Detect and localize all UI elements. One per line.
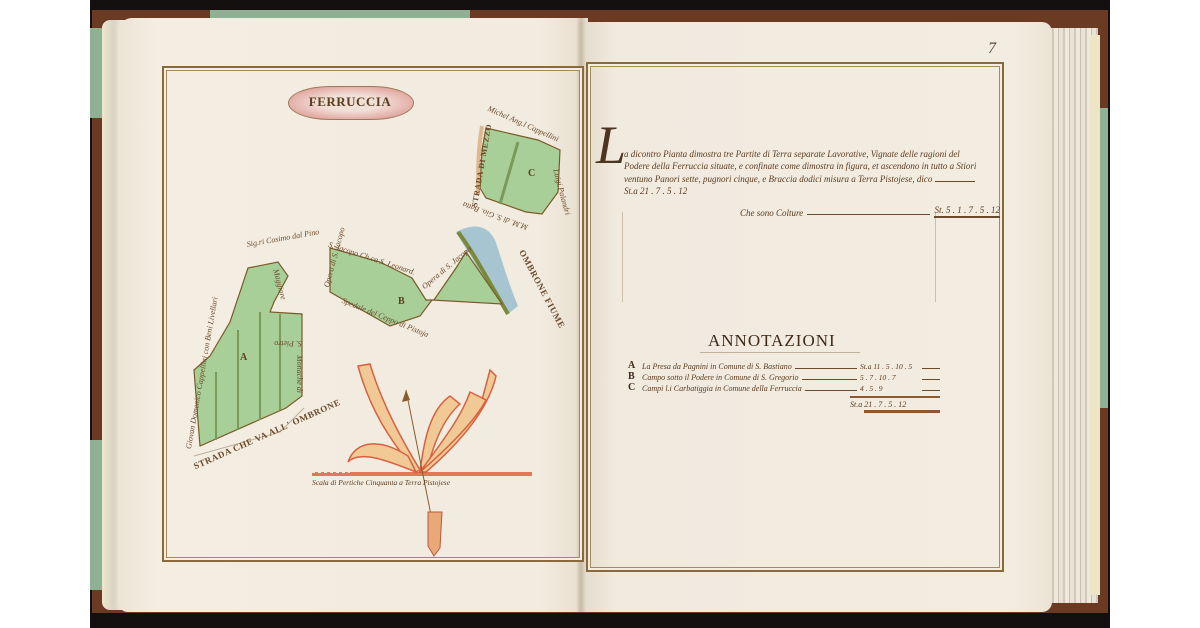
leader-line: [805, 390, 857, 391]
annotations-total: St.a 21 . 7 . 5 . 12: [850, 396, 940, 409]
label-monache-di: Monache di: [295, 355, 304, 393]
annotation-description: La Presa da Pagnini in Comune di S. Bast…: [642, 362, 792, 371]
leader-line: [802, 379, 857, 380]
description-text: a dicontro Pianta dimostra tre Partite d…: [624, 149, 976, 184]
total-double-rule: [864, 410, 940, 413]
estate-map: [90, 0, 1110, 628]
annotation-value: 4 . 5 . 9: [860, 384, 922, 393]
colture-total: St. 5 . 1 . 7 . 5 . 12: [934, 205, 1000, 218]
title-cartouche: FERRUCCIA: [280, 78, 420, 126]
description-total: St.a 21 . 7 . 5 . 12: [624, 186, 687, 196]
annotations-list: A La Presa da Pagnini in Comune di S. Ba…: [628, 360, 940, 393]
leader-line: [807, 214, 930, 215]
parcel-letter-a: A: [240, 352, 247, 363]
annotation-value: St.a 11 . 5 . 10 . 5: [860, 362, 922, 371]
annotation-row: C Campi l.i Carbatiggia in Comune della …: [628, 382, 940, 393]
heading-rule: [700, 352, 860, 353]
annotation-value: 5 . 7 . 10 . 7: [860, 373, 922, 382]
leader-line: [795, 368, 857, 369]
parcel-letter-c: C: [528, 168, 535, 179]
dropcap-initial: L: [596, 118, 626, 172]
description-paragraph: a dicontro Pianta dimostra tre Partite d…: [624, 148, 984, 197]
parcel-letter-b: B: [398, 296, 405, 307]
map-title: FERRUCCIA: [280, 94, 420, 110]
colture-label: Che sono Colture: [740, 208, 803, 218]
annotation-description: Campi l.i Carbatiggia in Comune della Fe…: [642, 384, 802, 393]
row-end-rule: [922, 379, 940, 380]
label-s-pietro: S. Pietro: [274, 339, 302, 348]
book-scan: 7 FERRUCCIA: [90, 0, 1110, 628]
annotation-description: Campo sotto il Podere in Comune di S. Gr…: [642, 373, 799, 382]
annotations-heading: ANNOTAZIONI: [708, 331, 836, 351]
parcel-c: [480, 128, 560, 214]
ruled-area: [622, 212, 936, 302]
compass-arrow-feather: [428, 512, 442, 556]
compass-rose-ribbon: [348, 364, 496, 472]
colture-total-line: Che sono Colture St. 5 . 1 . 7 . 5 . 12: [740, 205, 1000, 218]
annotation-row: B Campo sotto il Podere in Comune di S. …: [628, 371, 940, 382]
row-end-rule: [922, 368, 940, 369]
annotation-letter: C: [628, 382, 642, 393]
annotation-letter: A: [628, 360, 642, 371]
annotation-letter: B: [628, 371, 642, 382]
annotation-row: A La Presa da Pagnini in Comune di S. Ba…: [628, 360, 940, 371]
row-end-rule: [922, 390, 940, 391]
scale-label: Scala di Pertiche Cinquanta a Terra Pist…: [312, 478, 450, 487]
